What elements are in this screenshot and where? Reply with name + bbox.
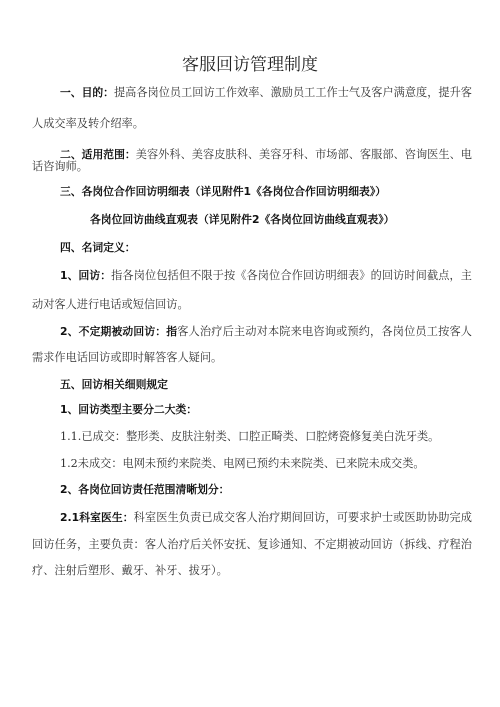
section-definitions-heading: 四、名词定义： [60, 241, 472, 255]
table-ref-1: 三、各岗位合作回访明细表（详见附件1《各岗位合作回访明细表》） [60, 185, 386, 198]
rules-sub2-1-line2: 回访任务，主要负责：客人治疗后关怀安抚、复诊通知、不定期被动回访（拆线、疗程治 [32, 538, 472, 552]
rules-sub1-item1: 1.1.已成交：整形类、皮肤注射类、口腔正畸类、口腔烤瓷修复美白洗牙类。 [60, 430, 472, 444]
section-purpose-line2: 人成交率及转介绍率。 [32, 117, 472, 131]
document-title: 客服回访管理制度 [0, 50, 500, 75]
definition-2-line1: 2、不定期被动回访：指客人治疗后主动对本院来电咨询或预约，各岗位员工按客人 [60, 325, 472, 339]
rules-sub2-1-line3: 疗、注射后塑形、戴牙、补牙、拔牙）。 [32, 564, 472, 578]
rules-sub1-item2: 1.2未成交：电网未预约来院类、电网已预约未来院类、已来院未成交类。 [60, 457, 472, 471]
section-rules-heading: 五、回访相关细则规定 [60, 378, 472, 392]
section-purpose-label: 一、目的： [60, 86, 114, 99]
section-purpose-text: 提高各岗位员工回访工作效率、激励员工工作士气及客户满意度，提升客 [114, 86, 472, 99]
rules-sub2-heading: 2、各岗位回访责任范围清晰划分： [60, 483, 472, 497]
definition-2-line2: 需求作电话回访或即时解答客人疑问。 [32, 351, 472, 365]
section-table-ref-line1: 三、各岗位合作回访明细表（详见附件1《各岗位合作回访明细表》） [60, 185, 472, 199]
definition-1-line2: 动对客人进行电话或短信回访。 [32, 298, 472, 312]
section-scope-line2: 话咨询师。 [32, 160, 472, 174]
section-purpose-line1: 一、目的：提高各岗位员工回访工作效率、激励员工工作士气及客户满意度，提升客 [60, 86, 472, 100]
document-page: 客服回访管理制度 一、目的：提高各岗位员工回访工作效率、激励员工工作士气及客户满… [0, 0, 500, 707]
table-ref-2: 各岗位回访曲线直观表（详见附件2《各岗位回访曲线直观表》） [90, 213, 394, 226]
section-table-ref-line2: 各岗位回访曲线直观表（详见附件2《各岗位回访曲线直观表》） [90, 213, 472, 227]
rules-sub2-1-line1: 2.1科室医生：科室医生负责已成交客人治疗期间回访，可要求护士或医助协助完成 [60, 511, 472, 525]
rules-sub1-heading: 1、回访类型主要分二大类： [60, 403, 472, 417]
definition-1-line1: 1、回访：指各岗位包括但不限于按《各岗位合作回访明细表》的回访时间截点，主 [60, 269, 472, 283]
